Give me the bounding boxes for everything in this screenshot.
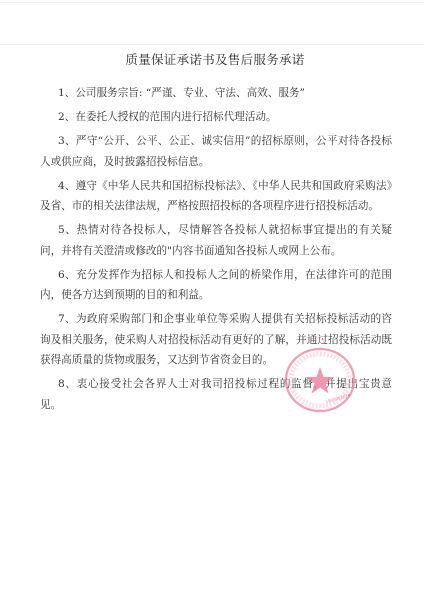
paragraph-2: 2、在委托人授权的范围内进行招标代理活动。: [40, 107, 392, 128]
scan-artifact-line: [0, 44, 424, 45]
paragraph-3: 3、严守“公开、公平、公正、诚实信用”的招标原则，公平对待各投标人或供应商，及时…: [40, 131, 392, 172]
paragraph-7: 7、为政府采购部门和企事业单位等采购人提供有关招标投标活动的咨询及相关服务，使采…: [40, 309, 392, 371]
paragraph-6: 6、充分发挥作为招标人和投标人之间的桥梁作用，在法律许可的范围内，使各方达到预期…: [40, 265, 392, 306]
document-page: 质量保证承诺书及售后服务承诺 1、公司服务宗旨: “严谨、专业、守法、高效、服务…: [0, 0, 424, 600]
paragraph-5: 5、热情对待各投标人，尽情解答各投标人就招标事宜提出的有关疑问，并将有关澄清或修…: [40, 220, 392, 261]
paragraph-1: 1、公司服务宗旨: “严谨、专业、守法、高效、服务”: [40, 83, 392, 104]
paragraph-4: 4、遵守《中华人民共和国招标投标法》、《中华人民共和国政府采购法》及省、市的相关…: [40, 176, 392, 217]
document-title: 质量保证承诺书及售后服务承诺: [0, 50, 424, 68]
scan-artifact-line: [0, 2, 424, 3]
paragraph-8: 8、衷心接受社会各界人士对我司招投标过程的监督，并提出宝贵意见。: [40, 374, 392, 415]
document-body: 1、公司服务宗旨: “严谨、专业、守法、高效、服务” 2、在委托人授权的范围内进…: [40, 83, 392, 419]
